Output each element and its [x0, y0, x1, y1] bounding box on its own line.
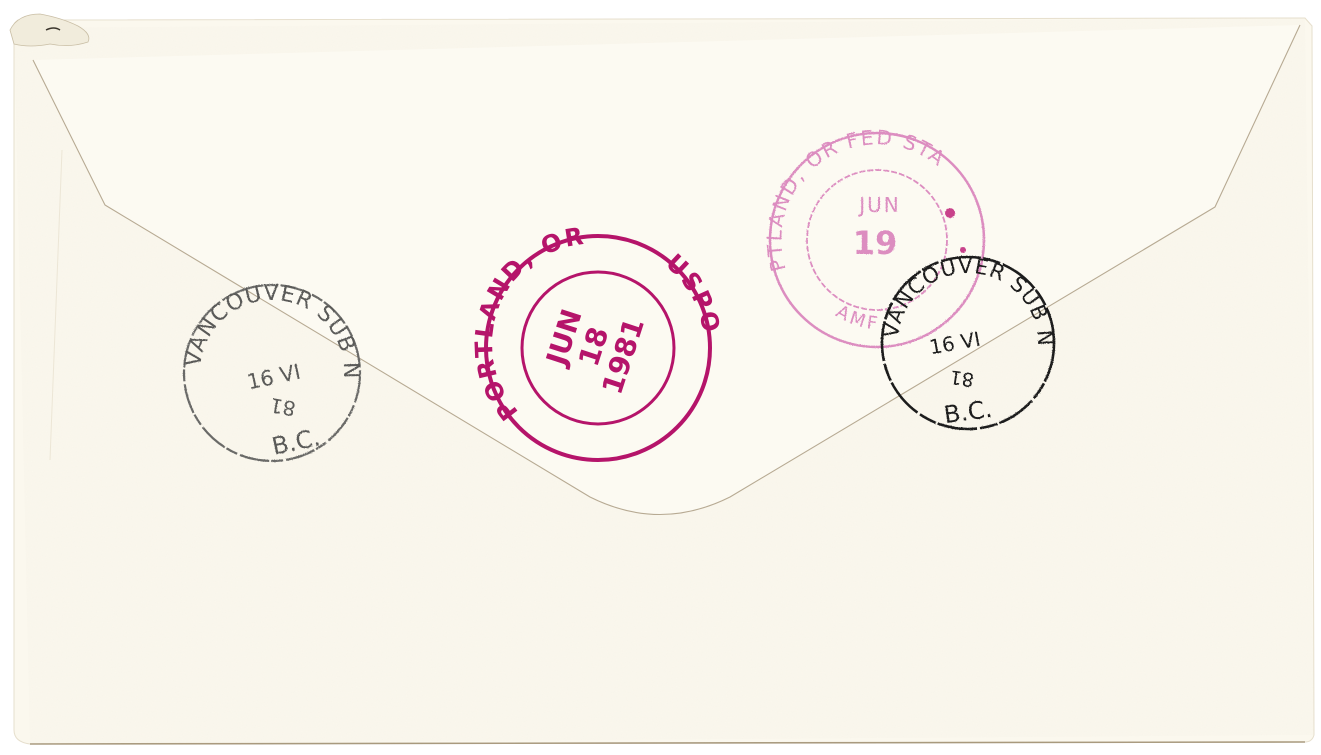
svg-text:81: 81	[268, 393, 297, 421]
svg-text:19: 19	[853, 224, 898, 262]
svg-text:81: 81	[948, 365, 975, 390]
svg-text:JUN: JUN	[857, 193, 901, 217]
envelope-back: VANCOUVER SUB No 19 16 VI 81 B.C. PORTLA…	[0, 0, 1321, 755]
torn-corner	[10, 14, 89, 46]
